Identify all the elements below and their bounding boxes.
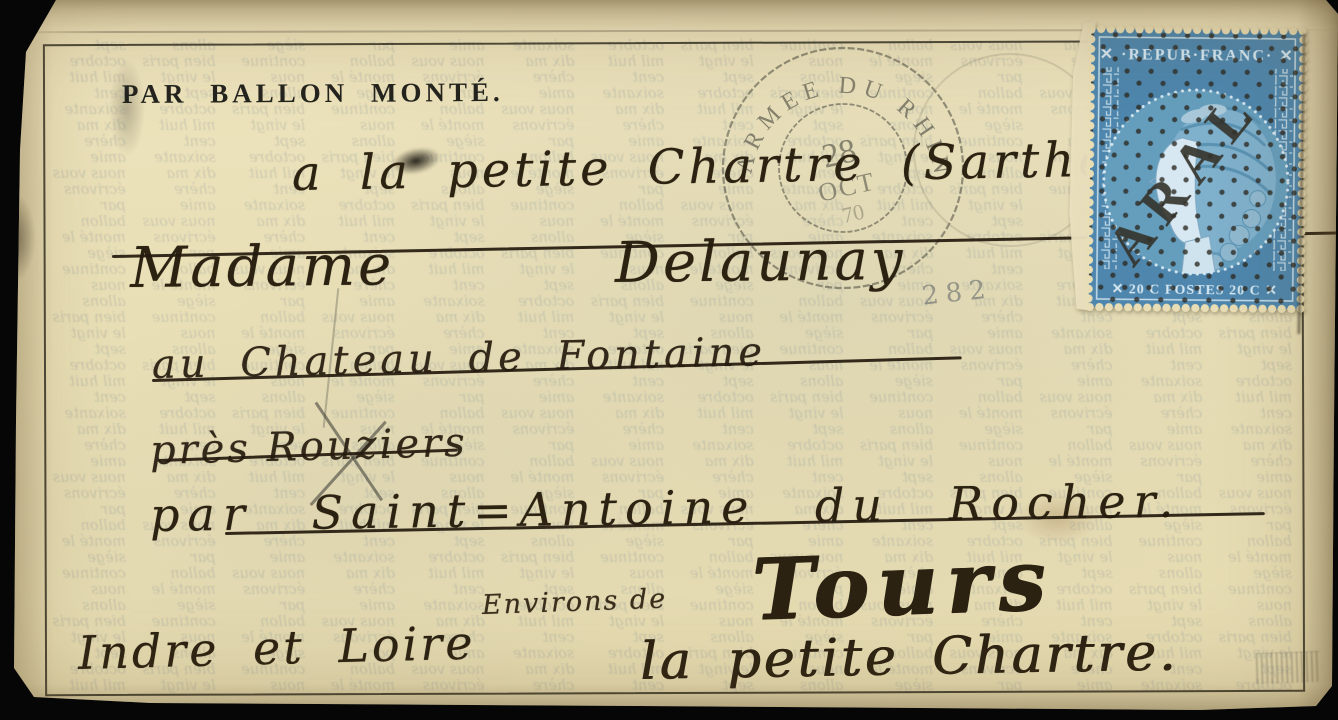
letter-cover: paris le vingt sept octobre mil huit cen… — [0, 0, 1338, 720]
address-city: Tours — [750, 530, 1055, 639]
ceres-20c-stamp: ✕ ·REPUB·FRANC· ✕ ✕ 20 C POSTES 20 C ✕ A… — [1064, 15, 1323, 326]
address-struck-village-line: près Rouziers — [149, 420, 468, 474]
address-final-destination: la petite Chartre. — [639, 623, 1178, 692]
expert-mark — [1255, 651, 1320, 684]
address-environs-label: Environs de — [481, 584, 667, 621]
address-recipient-line: Madame Delaunay — [130, 228, 906, 301]
ballon-monte-heading: PAR BALLON MONTÉ. — [122, 77, 504, 110]
address-department: Indre et Loire — [77, 616, 476, 680]
